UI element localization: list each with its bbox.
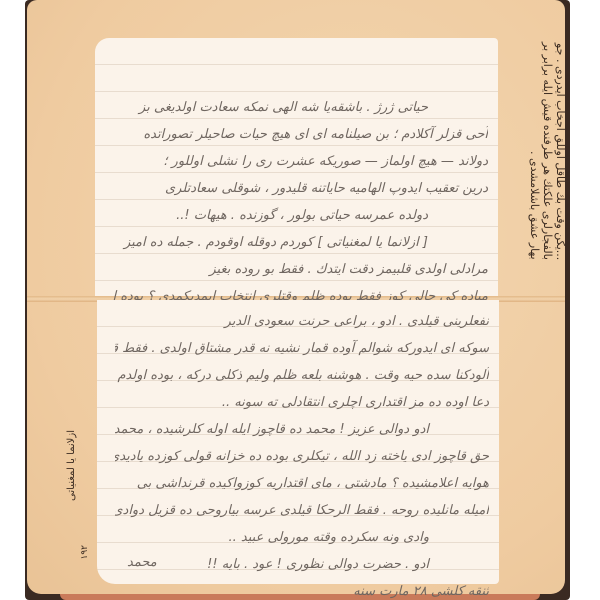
letter-bottom-half: نفعلرینی قیلدی . ادو ، براعی‌ حرنت سعودی…: [97, 300, 499, 584]
letter-line: وادی ونه سکرده‌ وقته مورولی عبید ..: [115, 524, 489, 551]
letter-line: آلودکنا سده حیه وقت . هوشنه‌ بلعه ظلم ول…: [115, 362, 489, 389]
letter-line: آحی قزلر آکلادم ؛ بن صیلنامه‌ ای ای هیچ …: [113, 121, 488, 148]
printed-text-left-margin: ازلانما یا لمغنیاتی: [66, 430, 77, 501]
printed-text-right-margin: ...یکن وقت بك طاقل اوللق اجخاب ایدردی . …: [497, 40, 567, 260]
letter-line: ثنقه‌ کلشی ٢٨ مارت سنه: [115, 578, 489, 600]
letter-line: نفعلرینی قیلدی . ادو ، براعی‌ حرنت سعودی…: [115, 308, 489, 335]
letter-line: حق قاچوز ادی یاخته‌ زد الله ، تیکلری بود…: [115, 443, 489, 470]
letter-line: مرادلی اولدی‌ قلبیمز دقت ایتدك . فقط‌ بو…: [113, 256, 488, 283]
letter-line: هوایه‌ اعلامشیده ؟ مادشتی ، مای اقتداریه…: [115, 470, 489, 497]
letter-line: ادو دوالی عزیز ! محمد ده قاچوز ایله اوله…: [115, 416, 489, 443]
letter-line: دعا اوده‌ ده‌ مز اقتداری‌ اچلری انتقادلی…: [115, 389, 489, 416]
letter-line: ادو . حضرت‌ دوالی‌ نظوری ! عود . بایه‌ !…: [115, 551, 489, 578]
letter-top-half: حیاتی ژرژ . باشقه‌یا شه‌ الهی نمکه‌ سعاد…: [95, 38, 498, 296]
letter-line: دولده عمرسه‌ حیاتی بولور ، گوزنده . هیها…: [113, 202, 488, 229]
letter-line: دولاند — هیچ اولماز — صوریکه‌ عشرت‌ ری ر…: [113, 148, 488, 175]
letter-line: امیله مانلیده‌ روحه . فقط الرحکا قیلدی ع…: [115, 497, 489, 524]
signature: محمد: [127, 555, 157, 570]
letter-line: درین تعقیب ایدوپ الهامیه‌ حایاتنه‌ قلیدو…: [113, 175, 488, 202]
letter-line: حیاتی ژرژ . باشقه‌یا شه‌ الهی نمکه‌ سعاد…: [113, 94, 488, 121]
letter-top-text: حیاتی ژرژ . باشقه‌یا شه‌ الهی نمکه‌ سعاد…: [113, 94, 488, 310]
page-number: ١٩٢: [80, 545, 90, 560]
letter-bottom-text: نفعلرینی قیلدی . ادو ، براعی‌ حرنت سعودی…: [115, 308, 489, 600]
letter-line: [ ازلانما یا لمغنیاتی ] کوردم دوقله اوقو…: [113, 229, 488, 256]
letter-line: سوکه‌ ای ایدورکه شوالم آوده‌ قمار نشیه‌ …: [115, 335, 489, 362]
